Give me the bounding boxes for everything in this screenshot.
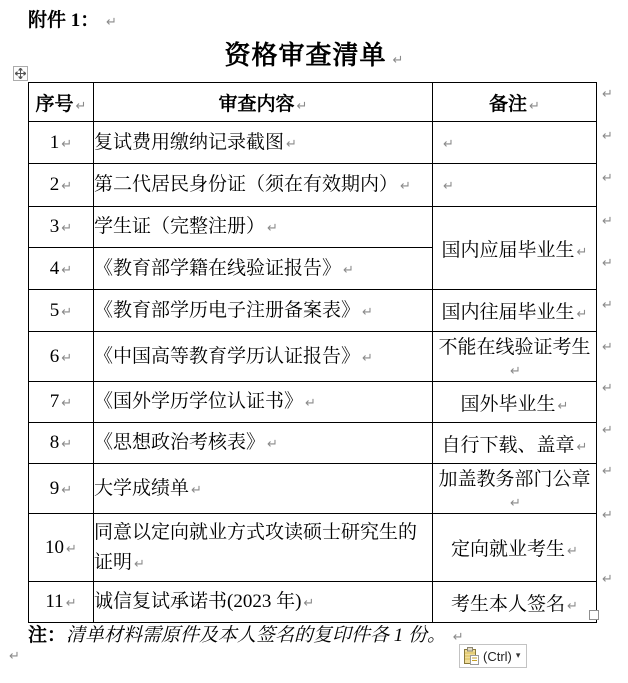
no-cell[interactable]: 2↵: [29, 164, 94, 207]
cell-mark: ↵: [362, 305, 373, 320]
row-content: 《思想政治考核表》: [94, 432, 265, 453]
row-content: 诚信复试承诺书(2023 年): [94, 591, 301, 612]
content-cell[interactable]: 《中国高等教育学历认证报告》↵: [94, 332, 433, 382]
row-remark: 加盖教务部门公章: [438, 469, 590, 490]
chevron-down-icon[interactable]: ▾: [516, 651, 521, 661]
row-remark: 国内往届毕业生: [442, 302, 575, 323]
remark-cell[interactable]: 定向就业考生↵: [433, 514, 597, 582]
cell-mark: ↵: [61, 263, 72, 278]
remark-cell[interactable]: 自行下载、盖章↵: [433, 423, 597, 464]
row-no: 3: [50, 216, 60, 237]
table-row: 8↵ 《思想政治考核表》↵ 自行下载、盖章↵: [29, 423, 597, 464]
end-of-row-mark: ↵: [602, 130, 613, 143]
content-cell[interactable]: 《教育部学历电子注册备案表》↵: [94, 290, 433, 332]
table-move-handle[interactable]: [13, 66, 28, 81]
no-cell[interactable]: 11↵: [29, 582, 94, 623]
cell-mark: ↵: [443, 137, 454, 152]
cell-mark: ↵: [66, 596, 77, 611]
document-title-row[interactable]: 资格审查清单 ↵: [0, 35, 628, 72]
cell-mark: ↵: [61, 483, 72, 498]
cell-mark: ↵: [577, 245, 588, 260]
content-cell[interactable]: 复试费用缴纳记录截图↵: [94, 122, 433, 164]
header-content-text: 审查内容: [219, 94, 295, 115]
row-no: 6: [50, 346, 60, 367]
no-cell[interactable]: 4↵: [29, 248, 94, 290]
table-row: 9↵ 大学成绩单↵ 加盖教务部门公章↵: [29, 464, 597, 514]
cell-mark: ↵: [567, 599, 578, 614]
row-content: 《国外学历学位认证书》: [94, 391, 303, 412]
no-cell[interactable]: 7↵: [29, 382, 94, 423]
header-remark-text: 备注: [489, 94, 527, 115]
row-no: 9: [50, 478, 60, 499]
row-content: 第二代居民身份证（须在有效期内）: [94, 174, 398, 195]
table-row: 11↵ 诚信复试承诺书(2023 年)↵ 考生本人签名↵: [29, 582, 597, 623]
cell-mark: ↵: [577, 307, 588, 322]
attachment-label[interactable]: 附件 1： ↵: [28, 5, 117, 32]
row-content: 《教育部学历电子注册备案表》: [94, 300, 360, 321]
header-cell-remark[interactable]: 备注↵: [433, 83, 597, 122]
content-cell[interactable]: 大学成绩单↵: [94, 464, 433, 514]
paste-button-label: (Ctrl): [483, 649, 512, 664]
row-remark: 国外毕业生: [461, 394, 556, 415]
end-of-row-mark: ↵: [602, 509, 613, 522]
cell-mark: ↵: [76, 99, 87, 114]
end-of-row-mark: ↵: [602, 172, 613, 185]
header-no-text: 序号: [36, 94, 74, 115]
cell-mark: ↵: [558, 399, 569, 414]
content-cell[interactable]: 第二代居民身份证（须在有效期内）↵: [94, 164, 433, 207]
end-of-row-mark: ↵: [602, 573, 613, 586]
cell-mark: ↵: [61, 137, 72, 152]
cell-mark: ↵: [286, 137, 297, 152]
page-title: 资格审查清单: [225, 41, 387, 70]
no-cell[interactable]: 10↵: [29, 514, 94, 582]
cell-mark: ↵: [529, 99, 540, 114]
end-of-row-mark: ↵: [602, 382, 613, 395]
cell-mark: ↵: [443, 179, 454, 194]
content-cell[interactable]: 《教育部学籍在线验证报告》↵: [94, 248, 433, 290]
row-content: 《教育部学籍在线验证报告》: [94, 258, 341, 279]
move-cross-icon: [15, 68, 26, 79]
row-no: 11: [45, 591, 63, 612]
cell-mark: ↵: [305, 396, 316, 411]
row-remark: 定向就业考生: [451, 539, 565, 560]
cell-mark: ↵: [510, 496, 521, 511]
cell-mark: ↵: [61, 305, 72, 320]
note-text: 清单材料需原件及本人签名的复印件各 1 份。: [66, 625, 446, 646]
content-cell[interactable]: 《国外学历学位认证书》↵: [94, 382, 433, 423]
cell-mark: ↵: [343, 263, 354, 278]
remark-cell[interactable]: ↵: [433, 164, 597, 207]
row-remark: 自行下载、盖章: [442, 435, 575, 456]
paragraph-mark: ↵: [106, 15, 117, 30]
row-remark: 不能在线验证考生: [438, 337, 590, 358]
row-no: 8: [50, 432, 60, 453]
no-cell[interactable]: 5↵: [29, 290, 94, 332]
no-cell[interactable]: 9↵: [29, 464, 94, 514]
cell-mark: ↵: [191, 483, 202, 498]
qualification-checklist-table: 序号↵ 审查内容↵ 备注↵ 1↵ 复试费用缴纳记录截图↵ ↵ 2↵ 第二代居民身…: [28, 82, 597, 623]
table-row: 1↵ 复试费用缴纳记录截图↵ ↵: [29, 122, 597, 164]
paragraph-mark: ↵: [393, 53, 404, 68]
remark-cell[interactable]: 国外毕业生↵: [433, 382, 597, 423]
content-cell[interactable]: 同意以定向就业方式攻读硕士研究生的证明↵: [94, 514, 433, 582]
remark-cell-merged[interactable]: 国内应届毕业生↵: [433, 207, 597, 290]
row-no: 1: [50, 132, 60, 153]
no-cell[interactable]: 6↵: [29, 332, 94, 382]
cell-mark: ↵: [66, 542, 77, 557]
row-remark: 考生本人签名: [451, 594, 565, 615]
table-row: 3↵ 学生证（完整注册）↵ 国内应届毕业生↵: [29, 207, 597, 248]
end-of-row-mark: ↵: [602, 465, 613, 478]
remark-cell[interactable]: 加盖教务部门公章↵: [433, 464, 597, 514]
end-of-row-mark: ↵: [602, 215, 613, 228]
row-no: 4: [50, 258, 60, 279]
cell-mark: ↵: [577, 440, 588, 455]
header-cell-content[interactable]: 审查内容↵: [94, 83, 433, 122]
no-cell[interactable]: 8↵: [29, 423, 94, 464]
cell-mark: ↵: [61, 179, 72, 194]
note-prefix: 注：: [28, 625, 66, 646]
table-header-row: 序号↵ 审查内容↵ 备注↵: [29, 83, 597, 122]
cell-mark: ↵: [362, 351, 373, 366]
content-cell[interactable]: 《思想政治考核表》↵: [94, 423, 433, 464]
cell-mark: ↵: [61, 396, 72, 411]
cell-mark: ↵: [297, 99, 308, 114]
header-cell-no[interactable]: 序号↵: [29, 83, 94, 122]
end-of-row-mark: ↵: [602, 341, 613, 354]
remark-cell[interactable]: 不能在线验证考生↵: [433, 332, 597, 382]
row-no: 2: [50, 174, 60, 195]
paste-options-button[interactable]: (Ctrl) ▾: [459, 644, 527, 668]
content-cell[interactable]: 诚信复试承诺书(2023 年)↵: [94, 582, 433, 623]
cell-mark: ↵: [61, 221, 72, 236]
table-resize-handle[interactable]: [589, 610, 599, 620]
no-cell[interactable]: 1↵: [29, 122, 94, 164]
cell-mark: ↵: [267, 221, 278, 236]
paragraph-mark: ↵: [9, 650, 20, 663]
remark-cell[interactable]: 国内往届毕业生↵: [433, 290, 597, 332]
end-of-row-mark: ↵: [602, 88, 613, 101]
row-content: 学生证（完整注册）: [94, 216, 265, 237]
attachment-text: 附件 1：: [28, 10, 99, 31]
table-row: 6↵ 《中国高等教育学历认证报告》↵ 不能在线验证考生↵: [29, 332, 597, 382]
remark-cell[interactable]: 考生本人签名↵: [433, 582, 597, 623]
cell-mark: ↵: [400, 179, 411, 194]
table-row: 7↵ 《国外学历学位认证书》↵ 国外毕业生↵: [29, 382, 597, 423]
row-content: 《中国高等教育学历认证报告》: [94, 346, 360, 367]
cell-mark: ↵: [510, 364, 521, 379]
cell-mark: ↵: [567, 544, 578, 559]
row-no: 5: [50, 300, 60, 321]
row-no: 10: [45, 537, 64, 558]
cell-mark: ↵: [267, 437, 278, 452]
row-no: 7: [50, 391, 60, 412]
cell-mark: ↵: [134, 557, 145, 572]
row-content: 复试费用缴纳记录截图: [94, 132, 284, 153]
word-document-page: 附件 1： ↵ 资格审查清单 ↵ 序号↵ 审查内容↵ 备注↵ 1↵: [0, 0, 628, 683]
clipboard-icon: [464, 647, 479, 665]
paragraph-mark: ↵: [453, 630, 464, 645]
row-remark: 国内应届毕业生: [442, 240, 575, 261]
remark-cell[interactable]: ↵: [433, 122, 597, 164]
row-content: 大学成绩单: [94, 478, 189, 499]
cell-mark: ↵: [61, 351, 72, 366]
note-line[interactable]: 注：清单材料需原件及本人签名的复印件各 1 份。 ↵: [28, 620, 464, 647]
table-row: 5↵ 《教育部学历电子注册备案表》↵ 国内往届毕业生↵: [29, 290, 597, 332]
content-cell[interactable]: 学生证（完整注册）↵: [94, 207, 433, 248]
end-of-row-mark: ↵: [602, 299, 613, 312]
table-row: 10↵ 同意以定向就业方式攻读硕士研究生的证明↵ 定向就业考生↵: [29, 514, 597, 582]
end-of-row-mark: ↵: [602, 257, 613, 270]
table-row: 2↵ 第二代居民身份证（须在有效期内）↵ ↵: [29, 164, 597, 207]
cell-mark: ↵: [303, 596, 314, 611]
cell-mark: ↵: [61, 437, 72, 452]
no-cell[interactable]: 3↵: [29, 207, 94, 248]
end-of-row-mark: ↵: [602, 424, 613, 437]
